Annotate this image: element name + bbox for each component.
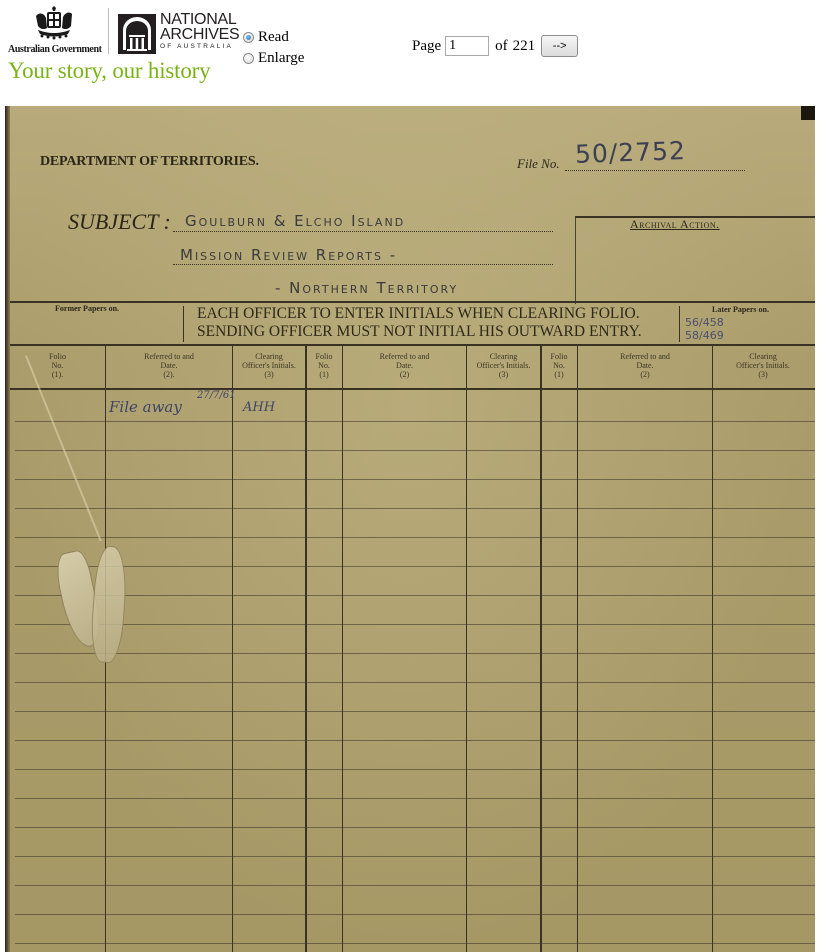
subject-line-1: Goulburn & Elcho Island — [185, 212, 405, 230]
ledger-row-line — [15, 856, 815, 857]
column-header-line: Officer's Initials. — [233, 361, 305, 370]
enlarge-radio[interactable] — [243, 53, 254, 64]
naa-name-line3: OF AUSTRALIA — [160, 43, 239, 50]
australian-government-logo[interactable]: Australian Government — [6, 6, 102, 56]
column-header-line: Folio — [306, 352, 342, 361]
paper-edge-shadow — [5, 106, 10, 952]
ledger-row-line — [15, 885, 815, 886]
column-header-line: (3) — [713, 370, 813, 379]
document-image-viewer[interactable]: DEPARTMENT OF TERRITORIES. File No. 50/2… — [5, 106, 815, 952]
former-papers-label: Former Papers on. — [55, 304, 119, 313]
page-navigator: Page of 221 --> — [412, 35, 578, 57]
entry-referred-to: File away — [109, 398, 182, 416]
column-header-line: Referred to and — [578, 352, 712, 361]
column-header-referred-1: Referred to and Date. (2). — [106, 352, 232, 379]
column-header-line: (2). — [106, 370, 232, 379]
file-number-label: File No. — [517, 156, 560, 172]
paper-crease — [25, 355, 102, 541]
subject-dotted-line-1 — [173, 231, 553, 232]
ledger-row-line — [15, 653, 815, 654]
total-pages: 221 — [513, 38, 536, 55]
column-header-line: Date. — [343, 361, 466, 370]
band-top-rule — [10, 301, 815, 303]
paper-tear-patch — [89, 545, 129, 664]
naa-name-line2: ARCHIVES — [160, 27, 239, 42]
column-rule — [232, 346, 233, 952]
column-header-line: Clearing — [233, 352, 305, 361]
ledger-row-line — [15, 682, 815, 683]
column-header-line: Referred to and — [343, 352, 466, 361]
page-header: Australian Government NATIONAL ARCHIVES … — [0, 0, 817, 100]
ledger-row-line — [15, 566, 815, 567]
ledger-row-line — [15, 624, 815, 625]
ledger-row-line — [15, 827, 815, 828]
archives-building-icon — [118, 14, 156, 54]
column-rule — [305, 346, 307, 952]
ledger-row-line — [15, 740, 815, 741]
instruction-text: EACH OFFICER TO ENTER INITIALS WHEN CLEA… — [197, 305, 642, 341]
column-header-line: (2) — [343, 370, 466, 379]
view-mode-read-option[interactable]: Read — [243, 27, 304, 48]
column-header-initials-1: Clearing Officer's Initials. (3) — [233, 352, 305, 379]
column-rule — [466, 346, 467, 952]
column-header-line: No. — [306, 361, 342, 370]
column-header-line: No. — [541, 361, 577, 370]
column-header-line: (2) — [578, 370, 712, 379]
column-header-line: (3) — [233, 370, 305, 379]
file-number-value: 50/2752 — [575, 136, 687, 169]
entry-date: 27/7/61 — [197, 390, 236, 401]
paper-corner-shadow — [801, 106, 815, 120]
column-header-line: Folio — [541, 352, 577, 361]
column-header-line: No. — [10, 361, 105, 370]
column-header-line: (3) — [467, 370, 540, 379]
band-bottom-rule — [10, 344, 815, 346]
logo-divider — [108, 8, 109, 54]
naa-name-line1: NATIONAL — [160, 12, 239, 27]
page-number-input[interactable] — [445, 36, 489, 56]
ledger-row-line — [15, 479, 815, 480]
australian-government-text: Australian Government — [8, 44, 102, 55]
commonwealth-coat-of-arms-icon — [32, 6, 76, 42]
column-header-line: (1) — [306, 370, 342, 379]
tagline: Your story, our history — [8, 58, 210, 84]
read-radio-label: Read — [258, 29, 289, 46]
column-header-line: (1). — [10, 370, 105, 379]
column-header-line: Date. — [578, 361, 712, 370]
go-to-page-button[interactable]: --> — [541, 35, 578, 57]
archival-action-label: Archival Action. — [630, 217, 720, 232]
file-number-dotted-line — [565, 170, 745, 171]
subject-label: SUBJECT : — [68, 209, 171, 235]
ledger-row-line — [15, 798, 815, 799]
read-radio[interactable] — [243, 32, 254, 43]
column-header-initials-2: Clearing Officer's Initials. (3) — [467, 352, 540, 379]
column-header-rule — [10, 388, 815, 390]
ledger-row-line — [15, 450, 815, 451]
subject-dotted-line-2 — [173, 264, 553, 265]
later-papers-value-2: 58/469 — [685, 329, 724, 342]
column-header-line: (1) — [541, 370, 577, 379]
enlarge-radio-label: Enlarge — [258, 50, 304, 67]
national-archives-logo[interactable]: NATIONAL ARCHIVES OF AUSTRALIA — [118, 12, 238, 56]
entry-initials: AHH — [243, 400, 275, 415]
column-header-referred-3: Referred to and Date. (2) — [578, 352, 712, 379]
band-divider-right — [679, 306, 680, 342]
column-header-initials-3: Clearing Officer's Initials. (3) — [713, 352, 813, 379]
column-header-line: Officer's Initials. — [713, 361, 813, 370]
ledger-row-line — [15, 508, 815, 509]
ledger-row-line — [15, 537, 815, 538]
later-papers-values: 56/458 58/469 — [685, 316, 724, 342]
column-header-line: Officer's Initials. — [467, 361, 540, 370]
view-mode-enlarge-option[interactable]: Enlarge — [243, 48, 304, 69]
column-header-line: Referred to and — [106, 352, 232, 361]
column-header-referred-2: Referred to and Date. (2) — [343, 352, 466, 379]
later-papers-value-1: 56/458 — [685, 316, 724, 329]
column-header-folio-2: Folio No. (1) — [306, 352, 342, 379]
ledger-row-line — [15, 943, 815, 944]
instruction-line-2: SENDING OFFICER MUST NOT INITIAL HIS OUT… — [197, 323, 642, 341]
view-mode-radio-group: Read Enlarge — [243, 27, 304, 69]
ledger-row-line — [15, 769, 815, 770]
column-header-folio-3: Folio No. (1) — [541, 352, 577, 379]
column-header-line: Date. — [106, 361, 232, 370]
column-rule — [712, 346, 713, 952]
ledger-row-line — [15, 711, 815, 712]
department-heading: DEPARTMENT OF TERRITORIES. — [40, 154, 259, 170]
column-rule — [540, 346, 542, 952]
later-papers-label: Later Papers on. — [712, 305, 769, 314]
subject-line-3: - Northern Territory — [275, 279, 458, 297]
of-label: of — [495, 38, 508, 55]
instruction-line-1: EACH OFFICER TO ENTER INITIALS WHEN CLEA… — [197, 305, 642, 323]
page-label: Page — [412, 38, 441, 55]
band-divider-left — [183, 306, 184, 342]
file-cover-page: DEPARTMENT OF TERRITORIES. File No. 50/2… — [5, 106, 815, 952]
column-rule — [577, 346, 578, 952]
ledger-row-line — [15, 595, 815, 596]
subject-line-2: Mission Review Reports - — [180, 246, 397, 264]
column-header-line: Clearing — [713, 352, 813, 361]
column-rule — [342, 346, 343, 952]
ledger-row-line — [15, 421, 815, 422]
ledger-row-line — [15, 914, 815, 915]
column-header-line: Clearing — [467, 352, 540, 361]
